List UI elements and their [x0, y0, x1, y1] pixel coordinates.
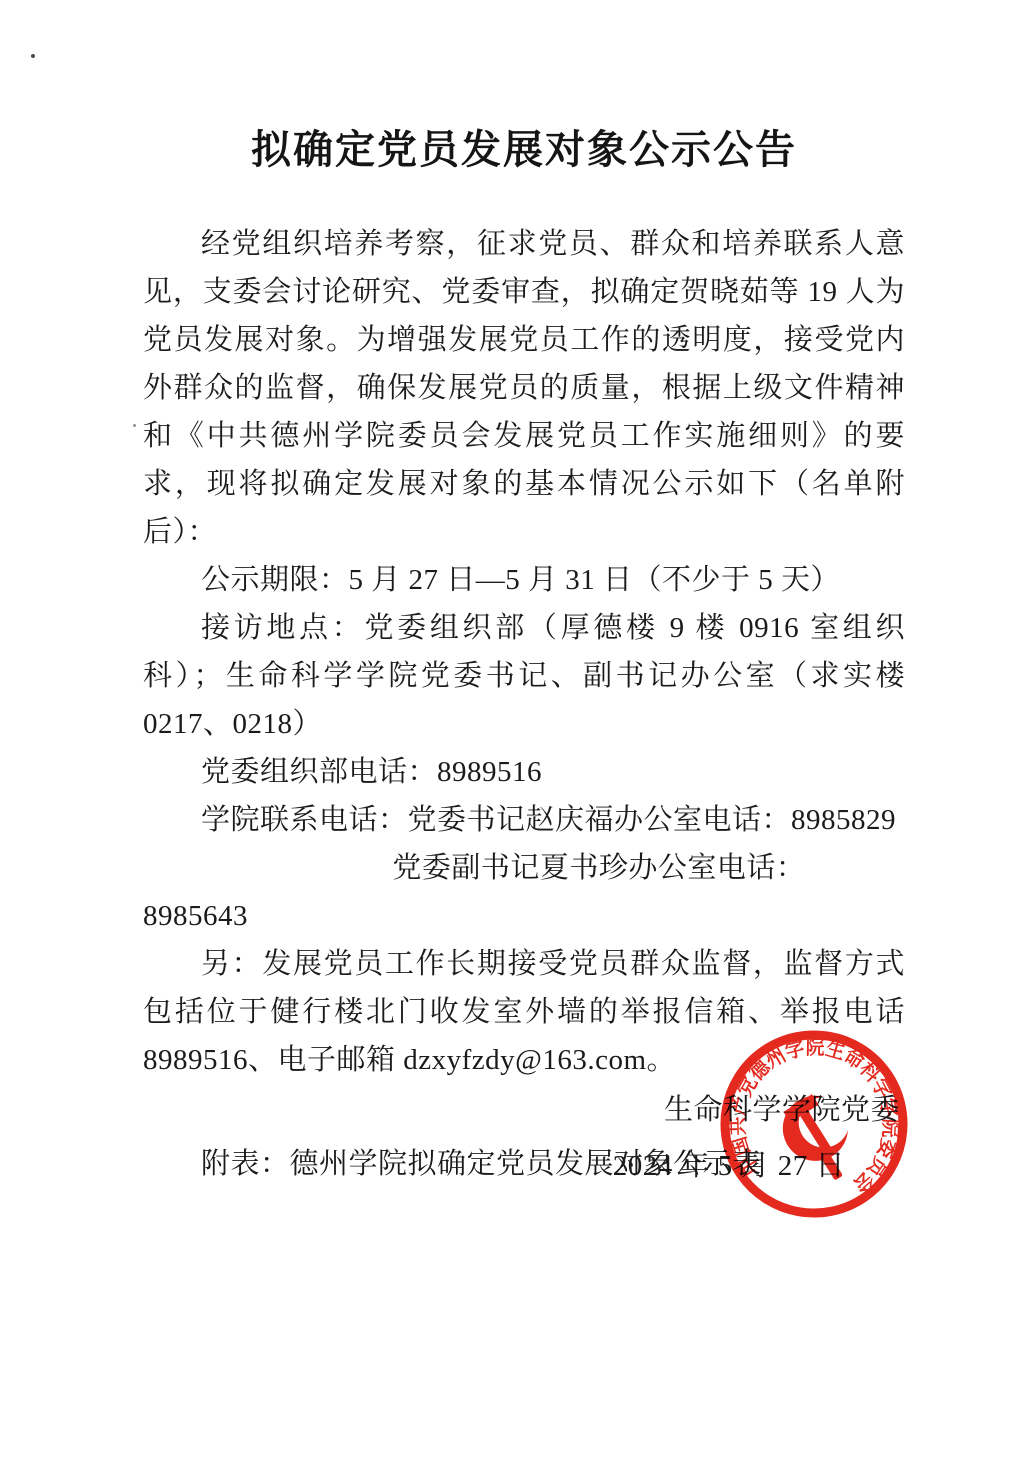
paragraph-org-dept-phone: 党委组织部电话：8989516	[143, 748, 905, 796]
document-body: 经党组织培养考察，征求党员、群众和培养联系人意见，支委会讨论研究、党委审查，拟确…	[143, 220, 905, 1084]
paragraph-deputy-secretary-phone: 党委副书记夏书珍办公室电话：8985643	[143, 844, 905, 940]
document-content: 拟确定党员发展对象公示公告 经党组织培养考察，征求党员、群众和培养联系人意见，支…	[143, 128, 905, 1188]
paragraph-college-contact-phone: 学院联系电话：党委书记赵庆福办公室电话：8985829	[143, 796, 905, 844]
paragraph-intro: 经党组织培养考察，征求党员、群众和培养联系人意见，支委会讨论研究、党委审查，拟确…	[143, 220, 905, 556]
paragraph-reception-location: 接访地点：党委组织部（厚德楼 9 楼 0916 室组织科）；生命科学学院党委书记…	[143, 604, 905, 748]
document-page: 拟确定党员发展对象公示公告 经党组织培养考察，征求党员、群众和培养联系人意见，支…	[0, 0, 1024, 1457]
scan-speck	[133, 424, 136, 427]
scan-speck	[31, 54, 35, 58]
date: 2024 年 5 月 27 日	[613, 1144, 845, 1188]
paragraph-supervision: 另：发展党员工作长期接受党员群众监督，监督方式包括位于健行楼北门收发室外墙的举报…	[143, 940, 905, 1084]
signature: 生命科学学院党委	[664, 1088, 900, 1132]
paragraph-publicity-period: 公示期限：5 月 27 日—5 月 31 日（不少于 5 天）	[143, 556, 905, 604]
document-title: 拟确定党员发展对象公示公告	[143, 128, 905, 172]
